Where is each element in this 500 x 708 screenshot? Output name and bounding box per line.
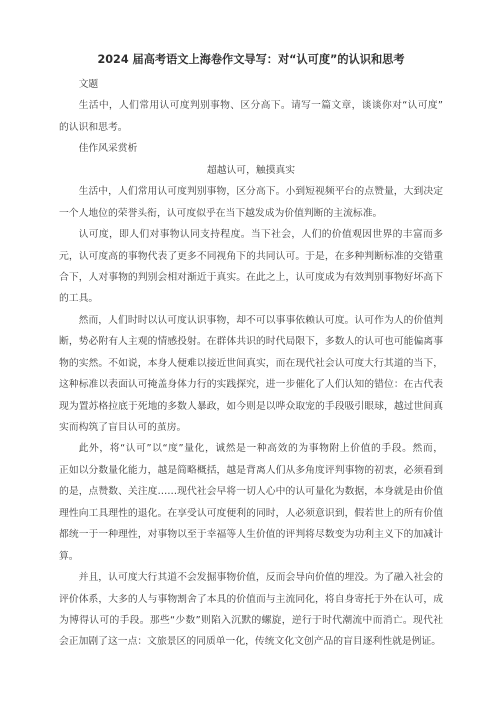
essay-body: 生活中，人们常用认可度判别事物，区分高下。小到短视频平台的点赞量，大到决定 一个… (59, 181, 443, 653)
document-page: 2024 届高考语文上海卷作文导写：对“认可度”的认识和思考 文题 生活中，人们… (0, 0, 500, 708)
text-line: 正如以分数量化能力，越是简略概括，越是背离人们从多角度评判事物的初衷，必须看到 (59, 460, 443, 481)
text-line: 评价体系，大多的人与事物割舍了本具的价值而与主流同化，将自身寄托于外在认可，成 (59, 589, 443, 610)
text-line: 物的实然。不如说，本身人便难以接近世间真实，而在现代社会认可度大行其道的当下， (59, 353, 443, 374)
text-line: 然而，人们时时以认可度认识事物，却不可以事事依赖认可度。认可作为人的价值判 (59, 310, 443, 331)
text-line: 认可度，即人们对事物认同支持程度。当下社会，人们的价值观因世界的丰富而多 (59, 224, 443, 245)
text-line: 的认识和思考。 (59, 117, 443, 138)
essay-title: 超越认可，触摸真实 (59, 160, 443, 181)
text-line: 会正加剧了这一点：文旅景区的同质单一化，传统文化文创产品的盲目逐利性就是例证。 (59, 631, 443, 652)
document-title: 2024 届高考语文上海卷作文导写：对“认可度”的认识和思考 (59, 49, 443, 71)
text-line: 的是，点赞数、关注度……现代社会早将一切人心中的认可量化为数据，本身就是由价值 (59, 481, 443, 502)
text-line: 理性向工具理性的退化。在享受认可度便利的同时，人必须意识到，假若世上的所有价值 (59, 503, 443, 524)
text-line: 合下，人对事物的判别会相对渐近于真实。在此之上，认可度成为有效判别事物好坏高下 (59, 267, 443, 288)
text-line: 生活中，人们常用认可度判别事物、区分高下。请写一篇文章，谈谈你对“认可度” (59, 95, 443, 116)
text-line: 都统一于一种理性，对事物以至于幸福等人生价值的评判将尽数变为功利主义下的加减计 (59, 524, 443, 545)
text-line: 生活中，人们常用认可度判别事物，区分高下。小到短视频平台的点赞量，大到决定 (59, 181, 443, 202)
essay-paragraph: 生活中，人们常用认可度判别事物，区分高下。小到短视频平台的点赞量，大到决定 一个… (59, 181, 443, 224)
essay-paragraph: 然而，人们时时以认可度认识事物，却不可以事事依赖认可度。认可作为人的价值判 断，… (59, 310, 443, 439)
appreciation-heading: 佳作风采赏析 (59, 138, 443, 159)
prompt-heading: 文题 (59, 74, 443, 95)
text-line: 元，认可度高的事物代表了更多不同视角下的共同认可。于是，在多种判断标准的交错重 (59, 246, 443, 267)
text-line: 此外，将“认可”以“度”量化，诚然是一种高效的为事物附上价值的手段。然而， (59, 438, 443, 459)
essay-paragraph: 此外，将“认可”以“度”量化，诚然是一种高效的为事物附上价值的手段。然而， 正如… (59, 438, 443, 567)
text-line: 并且，认可度大行其道不会发掘事物价值，反而会导向价值的埋没。为了融入社会的 (59, 567, 443, 588)
essay-paragraph: 认可度，即人们对事物认同支持程度。当下社会，人们的价值观因世界的丰富而多 元，认… (59, 224, 443, 310)
text-line: 为博得认可的手段。那些“少数”则陷入沉默的螺旋，逆行于时代潮流中而消亡。现代社 (59, 610, 443, 631)
document-content: 2024 届高考语文上海卷作文导写：对“认可度”的认识和思考 文题 生活中，人们… (0, 0, 500, 653)
text-line: 实而构筑了盲目认可的茧房。 (59, 417, 443, 438)
prompt-paragraph: 生活中，人们常用认可度判别事物、区分高下。请写一篇文章，谈谈你对“认可度” 的认… (59, 95, 443, 138)
essay-paragraph: 并且，认可度大行其道不会发掘事物价值，反而会导向价值的埋没。为了融入社会的 评价… (59, 567, 443, 653)
text-line: 的工具。 (59, 288, 443, 309)
text-line: 现为置苏格拉底于死地的多数人暴政，如今则是以哗众取宠的手段吸引眼球，越过世间真 (59, 396, 443, 417)
text-line: 断，势必附有人主观的情感投射。在群体共识的时代局限下，多数人的认可也可能偏离事 (59, 331, 443, 352)
text-line: 算。 (59, 546, 443, 567)
text-line: 这种标准以表面认可掩盖身体力行的实践探究，进一步催化了人们认知的错位：在古代表 (59, 374, 443, 395)
text-line: 一个人地位的荣誉头衔，认可度似乎在当下越发成为价值判断的主流标准。 (59, 203, 443, 224)
